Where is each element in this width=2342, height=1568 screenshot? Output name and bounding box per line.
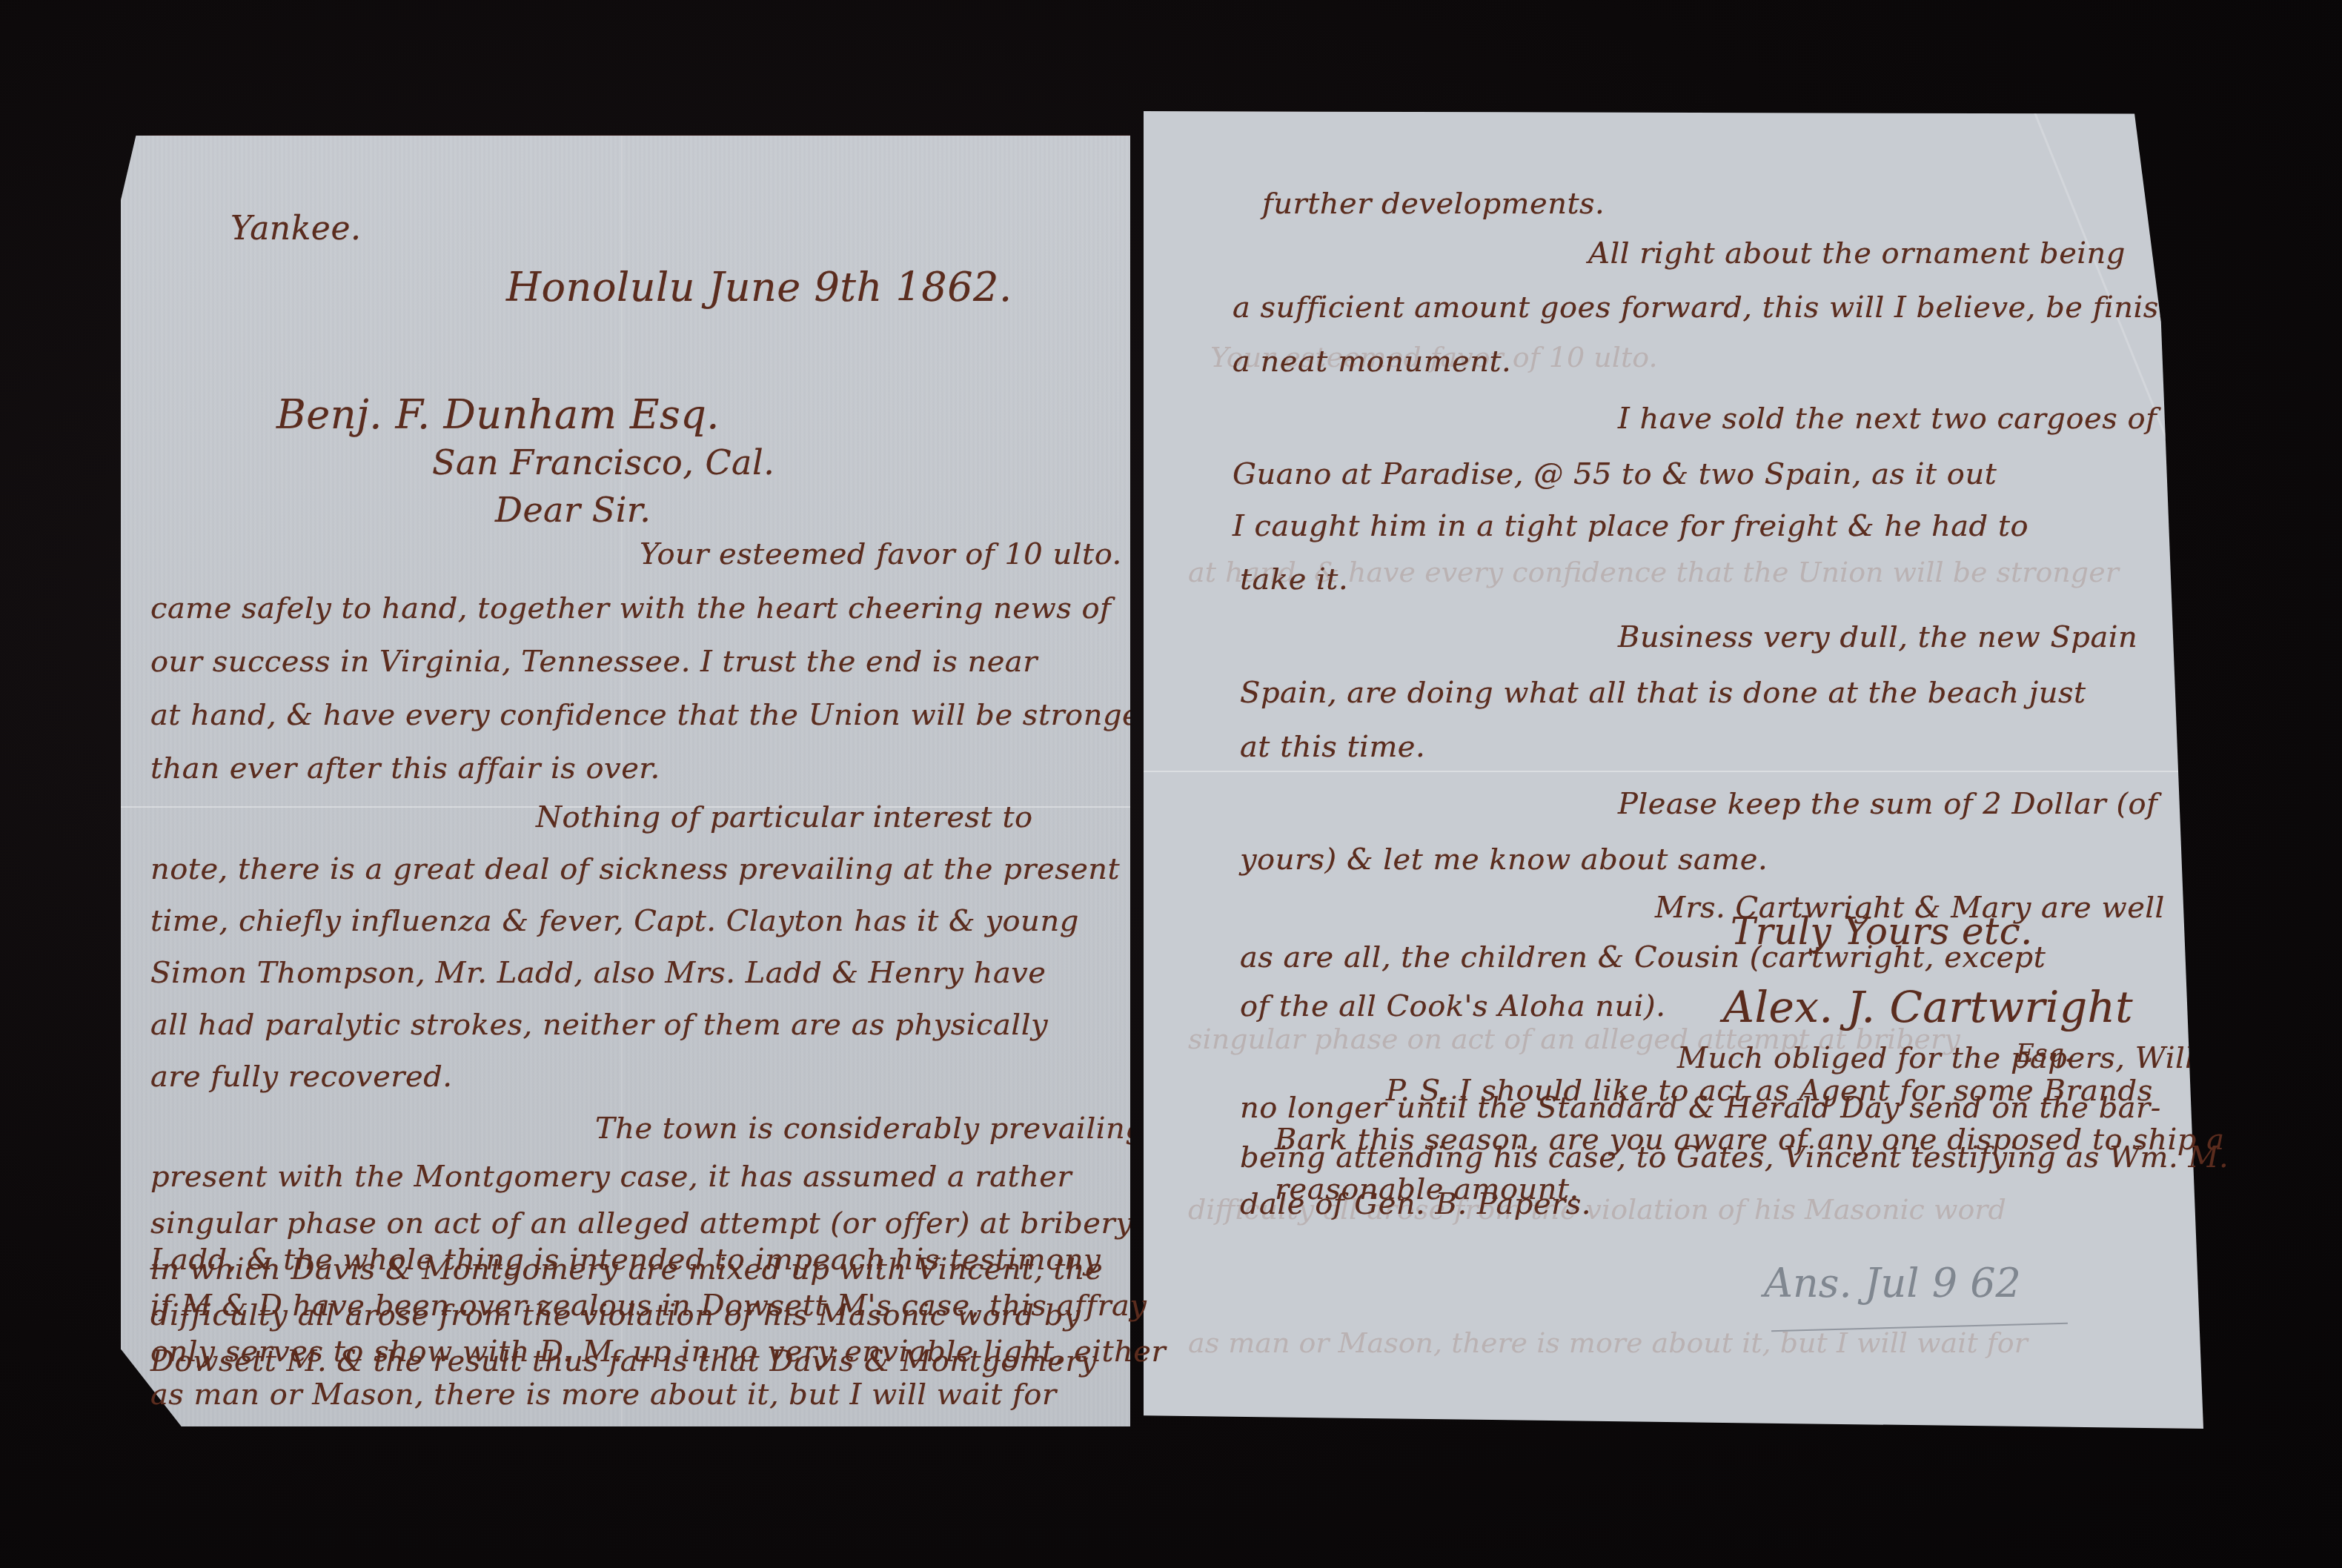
postscript-line: reasonable amount. [1275, 1175, 1579, 1204]
body-line: if M & D have been over zealous in Dowse… [150, 1291, 1147, 1320]
postscript-line: P. S. I should like to act as Agent for … [1386, 1076, 2153, 1106]
signature-suffix: Esq. [2016, 1041, 2073, 1066]
signature: Alex. J. Cartwright [1723, 986, 2133, 1029]
body-line: only serves to show with D. M. up in no … [150, 1337, 1166, 1366]
body-line: as man or Mason, there is more about it,… [150, 1380, 1057, 1409]
closing: Truly Yours etc. [1731, 913, 2033, 950]
pencil-answered-note: Ans. Jul 9 62 [1764, 1260, 2021, 1306]
postscript-line: Bark this season, are you aware of any o… [1275, 1125, 2225, 1155]
body-line: Ladd, & the whole thing is intended to i… [150, 1245, 1101, 1275]
